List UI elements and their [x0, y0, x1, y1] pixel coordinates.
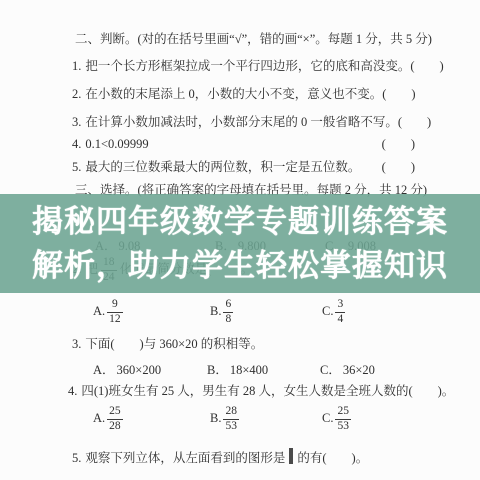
- judge-item-text: 1.把一个长方形框架拉成一个平行四边形，它的底和高没变。: [72, 58, 410, 75]
- fraction: 34: [335, 298, 345, 327]
- choice-q4: 4.四(1)班女生有 25 人，男生有 28 人，女生人数是全班人数的( )。: [68, 383, 454, 400]
- promo-banner: 揭秘四年级数学专题训练答案 解析，助力学生轻松掌握知识: [0, 194, 480, 293]
- judge-item-3: 3.在计算小数加减法时，小数部分末尾的 0 一般省略不写。 ( ): [72, 114, 415, 131]
- banner-title-line1: 揭秘四年级数学专题训练答案: [32, 200, 448, 244]
- choice-q5: 5.观察下列立体，从左面看到的图形是的有( )。: [72, 450, 368, 468]
- banner-title-line2: 解析，助力学生轻松掌握知识: [32, 244, 448, 288]
- answer-blank: ( ): [410, 58, 443, 75]
- choice-q3-option-c: C．36×20: [320, 360, 375, 378]
- judge-item-text: 2.在小数的末尾添上 0，小数的大小不变，意义也不变。: [72, 86, 382, 103]
- choice-q2-option-b: B.68: [210, 298, 233, 327]
- judge-item-text: 3.在计算小数加减法时，小数部分末尾的 0 一般省略不写。: [72, 114, 398, 131]
- judge-item-4: 4.0.1<0.09999 ( ): [72, 136, 415, 153]
- fraction: 68: [223, 298, 233, 327]
- choice-q3: 3.下面( )与 360×20 的积相等。: [72, 336, 263, 353]
- worksheet-page: 二、判断。(对的在括号里画“√”，错的画“×”。每题 1 分，共 5 分) 1.…: [0, 0, 480, 480]
- judge-section-header: 二、判断。(对的在括号里画“√”，错的画“×”。每题 1 分，共 5 分): [75, 31, 432, 48]
- answer-blank: ( ): [382, 86, 415, 103]
- choice-q4-option-b: B.2853: [210, 405, 239, 434]
- answer-blank: ( ): [382, 136, 415, 153]
- choice-q4-option-a: A.2528: [93, 405, 123, 434]
- choice-q2-option-c: C.34: [322, 298, 345, 327]
- answer-blank: ( ): [398, 114, 431, 131]
- judge-item-text: 5.最大的三位数乘最大的两位数，积一定是五位数。: [72, 159, 360, 176]
- answer-blank: ( ): [382, 159, 415, 176]
- fraction: 912: [107, 298, 123, 327]
- judge-item-text: 4.0.1<0.09999: [72, 136, 149, 153]
- choice-q3-option-b: B．18×400: [207, 360, 268, 378]
- stacked-squares-icon: [289, 448, 293, 465]
- fraction: 2853: [223, 405, 239, 434]
- judge-item-5: 5.最大的三位数乘最大的两位数，积一定是五位数。 ( ): [72, 159, 415, 176]
- choice-q3-option-a: A．360×200: [93, 360, 161, 378]
- judge-item-1: 1.把一个长方形框架拉成一个平行四边形，它的底和高没变。 ( ): [72, 58, 415, 75]
- choice-q4-option-c: C.2553: [322, 405, 351, 434]
- fraction: 2553: [335, 405, 351, 434]
- judge-item-2: 2.在小数的末尾添上 0，小数的大小不变，意义也不变。 ( ): [72, 86, 415, 103]
- choice-q2-option-a: A.912: [93, 298, 123, 327]
- fraction: 2528: [107, 405, 123, 434]
